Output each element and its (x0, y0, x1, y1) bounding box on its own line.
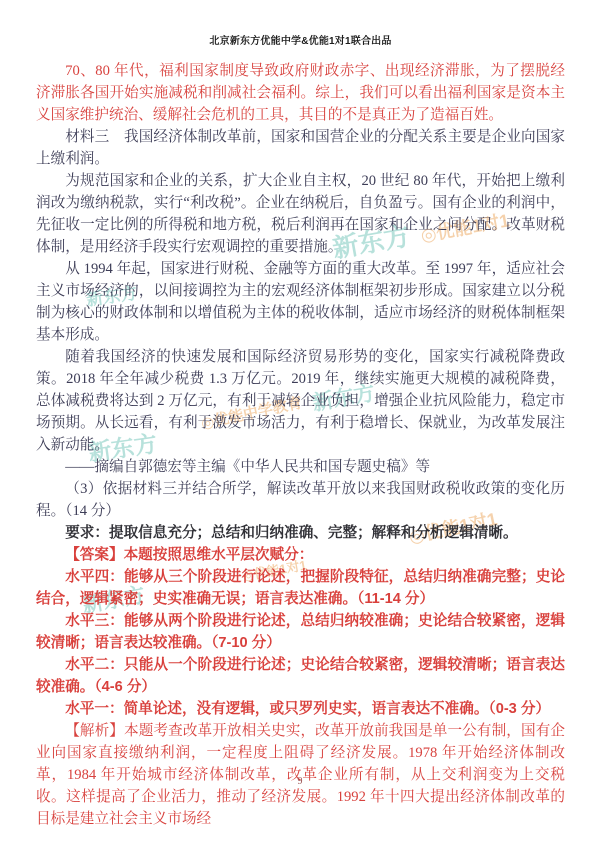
paragraph-material-3-tax-cuts: 随着我国经济的快速发展和国际经济贸易形势的变化，国家实行减税降费政策。2018 … (36, 346, 565, 456)
paragraph-material-3-heading: 材料三 我国经济体制改革前，国家和国营企业的分配关系主要是企业向国家上缴利润。 (36, 126, 565, 170)
page-content: 北京新东方优能中学&优能1对1联合出品 70、80 年代，福利国家制度导致政府财… (0, 0, 600, 830)
answer-heading: 【答案】本题按照思维水平层次赋分： (36, 544, 565, 566)
paragraph-material-3-1994-reform: 从 1994 年起，国家进行财税、金融等方面的重大改革。至 1997 年，适应社… (36, 258, 565, 346)
analysis-paragraph: 【解析】本题考查改革开放相关史实，改革开放前我国是单一公有制，国有企业向国家直接… (36, 720, 565, 830)
answer-level-2: 水平二：只能从一个阶段进行论述；史论结合较紧密，逻辑较清晰；语言表达较准确。（4… (36, 654, 565, 698)
paragraph-welfare-state-conclusion: 70、80 年代，福利国家制度导致政府财政赤字、出现经济滞胀，为了摆脱经济滞胀各… (36, 60, 565, 126)
answer-level-3: 水平三：能够从两个阶段进行论述，总结归纳较准确；史论结合较紧密，逻辑较清晰；语言… (36, 610, 565, 654)
document-header-title: 北京新东方优能中学&优能1对1联合出品 (36, 32, 565, 47)
page-number: 9 (0, 776, 600, 787)
question-3-requirements: 要求：提取信息充分；总结和归纳准确、完整；解释和分析逻辑清晰。 (36, 522, 565, 544)
answer-level-4: 水平四：能够从三个阶段进行论述，把握阶段特征，总结归纳准确完整；史论结合，逻辑紧… (36, 566, 565, 610)
question-3: （3）依据材料三并结合所学，解读改革开放以来我国财政税收政策的变化历程。（14 … (36, 478, 565, 522)
document-page: 新东方 ◎优能1对1 新东方 ◎优能中学教育 新东方 新东方 ◎优能1对1 ◎优… (0, 0, 600, 848)
answer-level-1: 水平一：简单论述，没有逻辑，或只罗列史实，语言表达不准确。（0-3 分） (36, 698, 565, 720)
source-citation: ——摘编自郭德宏等主编《中华人民共和国专题史稿》等 (36, 456, 565, 478)
paragraph-material-3-tax-reform: 为规范国家和企业的关系，扩大企业自主权，20 世纪 80 年代，开始把上缴利润改… (36, 170, 565, 258)
